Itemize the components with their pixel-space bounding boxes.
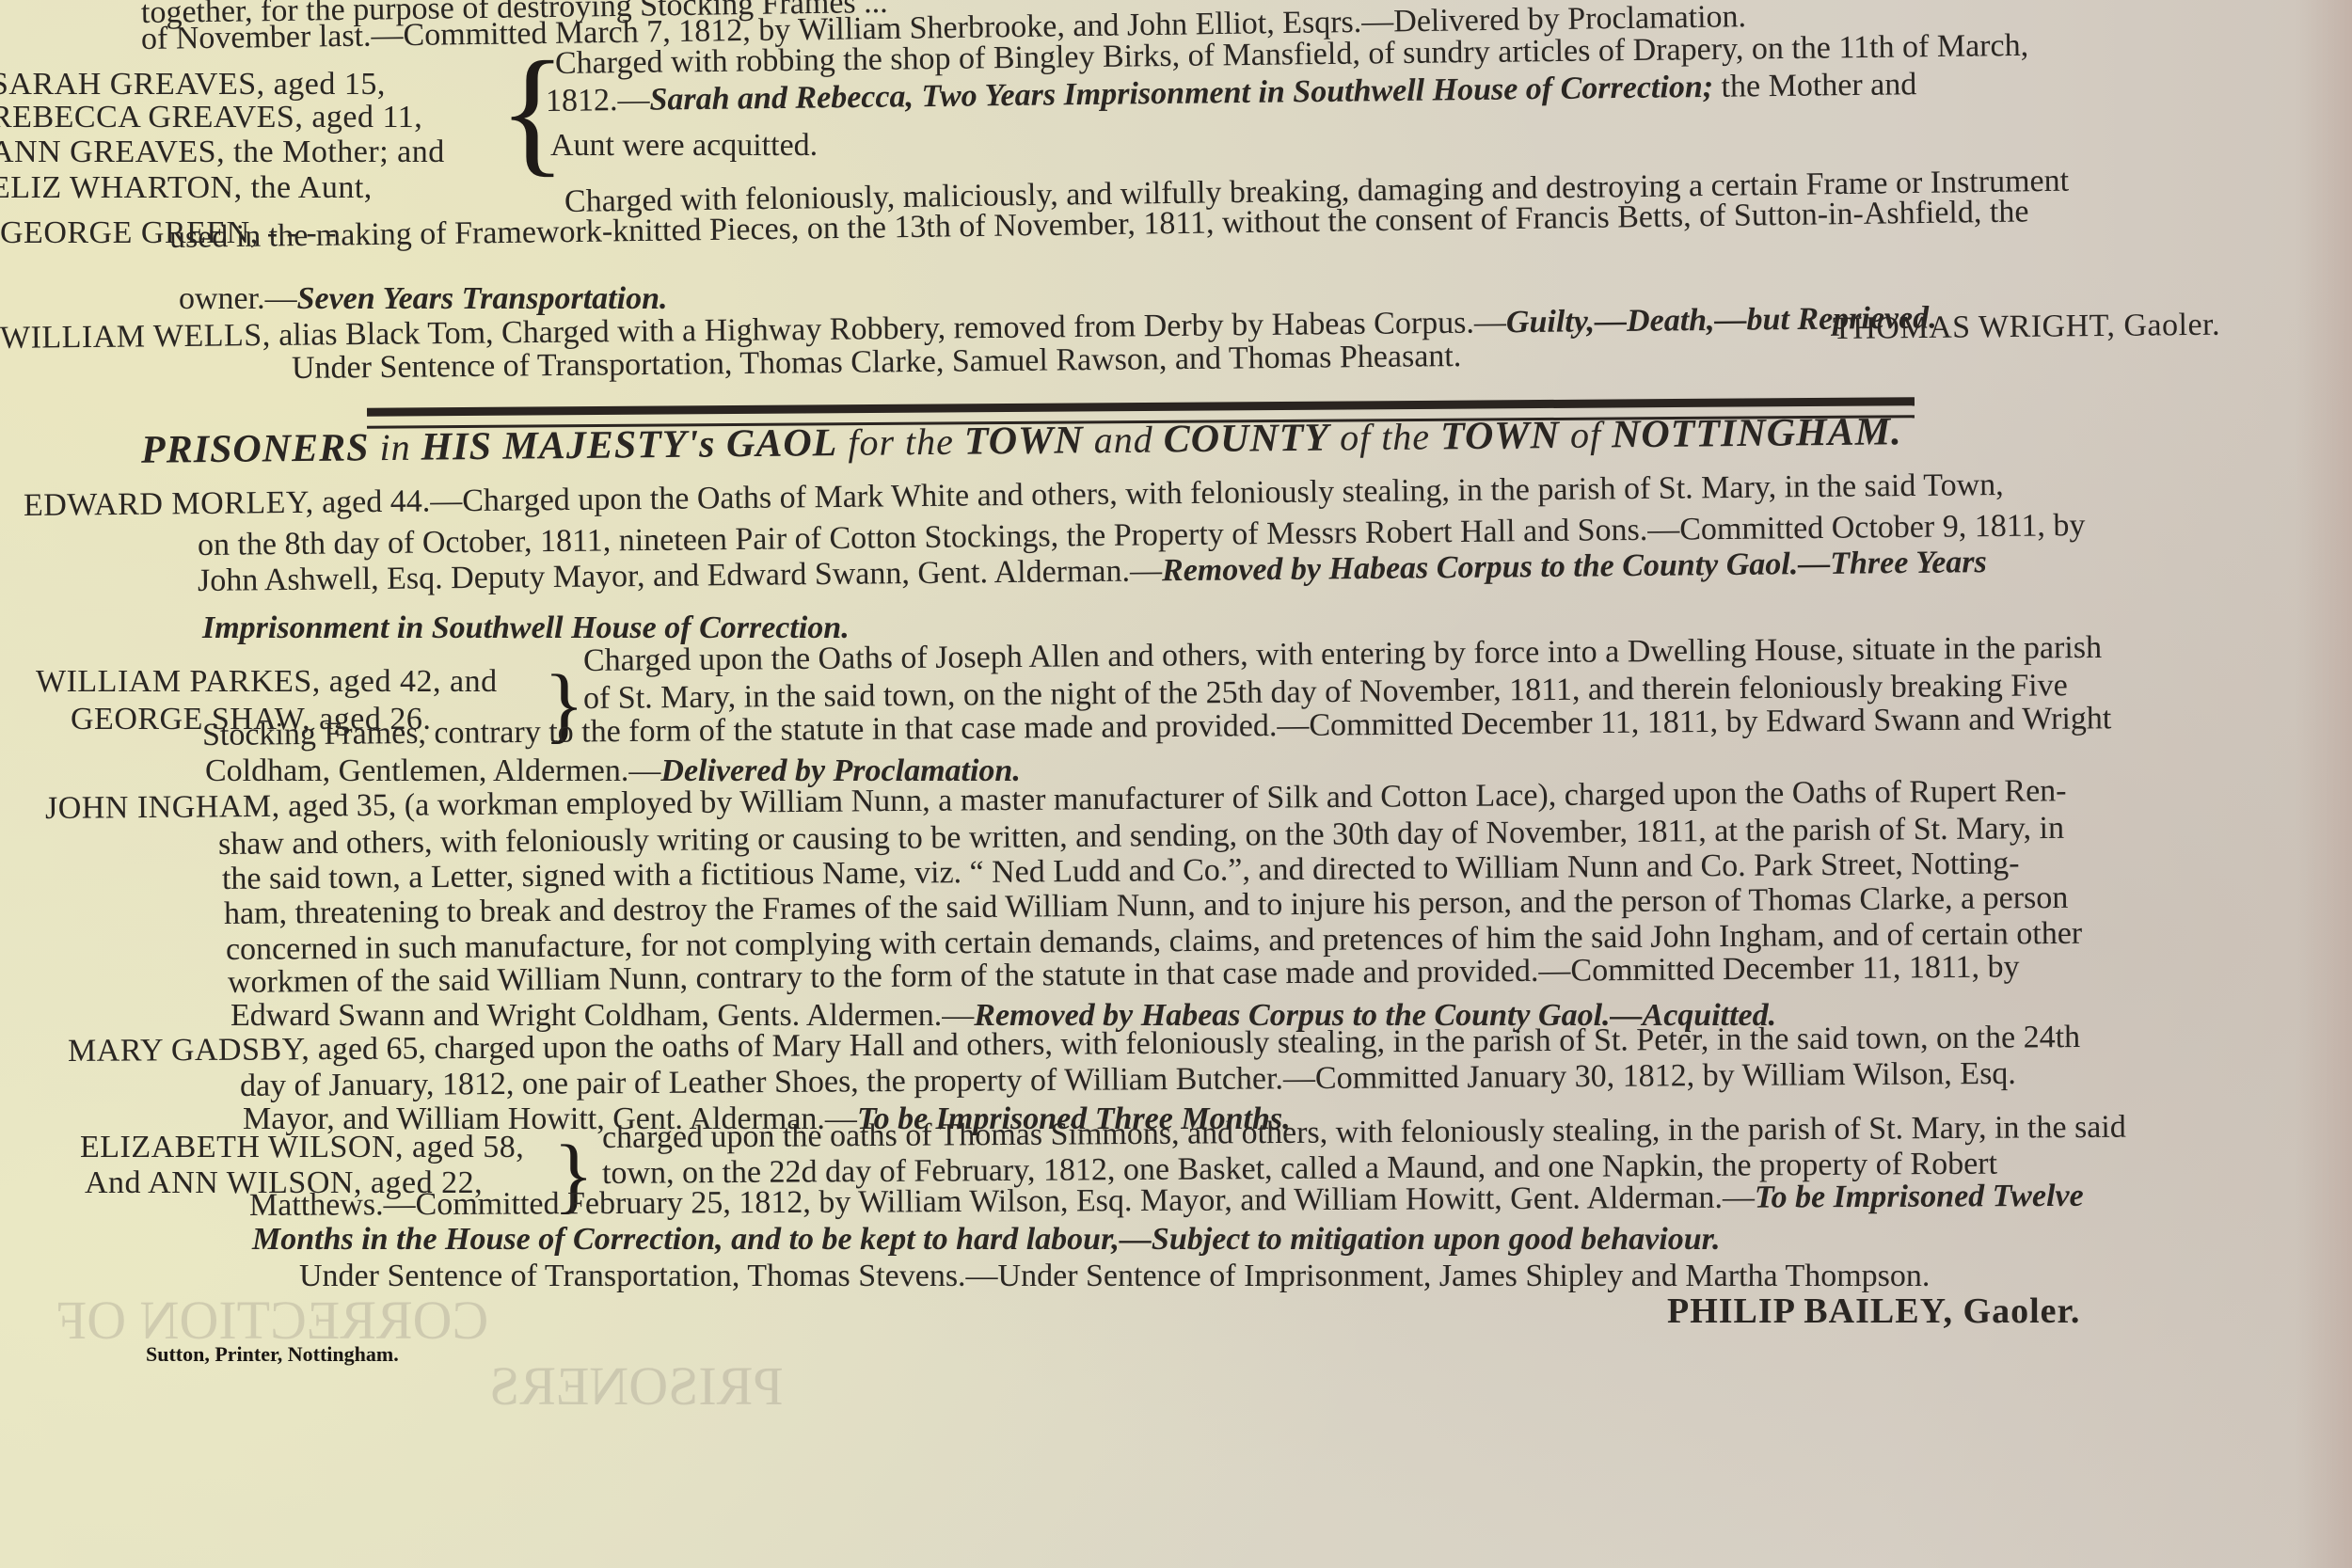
verdict: Seven Years Transportation. (297, 281, 668, 316)
prisoner-name: REBECCA GREAVES, aged 11, (0, 99, 422, 136)
verdict: To be Imprisoned Twelve (1755, 1179, 2084, 1215)
charge-text-part: the Mother and (1713, 67, 1917, 104)
page-edge-shadow (2296, 0, 2352, 1568)
document-page: CORRECTION OF PRISONERS together, for th… (0, 0, 2352, 1568)
prisoner-name: EDWARD MORLEY, (24, 485, 314, 523)
under-sentence: Under Sentence of Transportation, Thomas… (299, 1258, 1930, 1295)
charge-text-part: John Ashwell, Esq. Deputy Mayor, and Edw… (198, 553, 1162, 598)
section-heading: PRISONERS in HIS MAJESTY's GAOL for the … (141, 409, 1902, 473)
charge-text-part: 1812.— (546, 83, 650, 119)
prisoner-name: SARAH GREAVES, aged 15, (0, 66, 386, 103)
verdict: Removed by Habeas Corpus to the County G… (1162, 545, 1987, 588)
prisoner-name: MARY GADSBY, (68, 1032, 310, 1069)
charge-text: Stocking Frames, contrary to the form of… (202, 700, 2112, 754)
charge-text-part: Coldham, Gentlemen, Aldermen.— (205, 753, 660, 788)
charge-text-part: owner.— (179, 281, 297, 316)
charge-text-part: Matthews.—Committed February 25, 1812, b… (249, 1180, 1755, 1223)
verdict: Months in the House of Correction, and t… (252, 1221, 1720, 1259)
bleed-through-text: PRISONERS (489, 1354, 784, 1418)
prisoner-name: JOHN INGHAM, (45, 789, 280, 826)
prisoner-name: ELIZ WHARTON, the Aunt, (0, 169, 373, 207)
prisoner-name: ANN GREAVES, the Mother; and (0, 134, 445, 171)
printer-imprint: Sutton, Printer, Nottingham. (146, 1342, 399, 1367)
gaoler-signature: THOMAS WRIGHT, Gaoler. (1833, 307, 2220, 348)
charge-text: Aunt were acquitted. (550, 127, 818, 165)
prisoner-name: ELIZABETH WILSON, aged 58, (80, 1129, 524, 1166)
charge-text: owner.—Seven Years Transportation. (179, 280, 667, 318)
prisoner-name: WILLIAM PARKES, aged 42, and (36, 663, 498, 701)
charge-text: Matthews.—Committed February 25, 1812, b… (249, 1178, 2084, 1225)
prisoner-name: WILLIAM WELLS, (0, 318, 271, 356)
gaoler-signature: PHILIP BAILEY, Gaoler. (1667, 1292, 2080, 1330)
